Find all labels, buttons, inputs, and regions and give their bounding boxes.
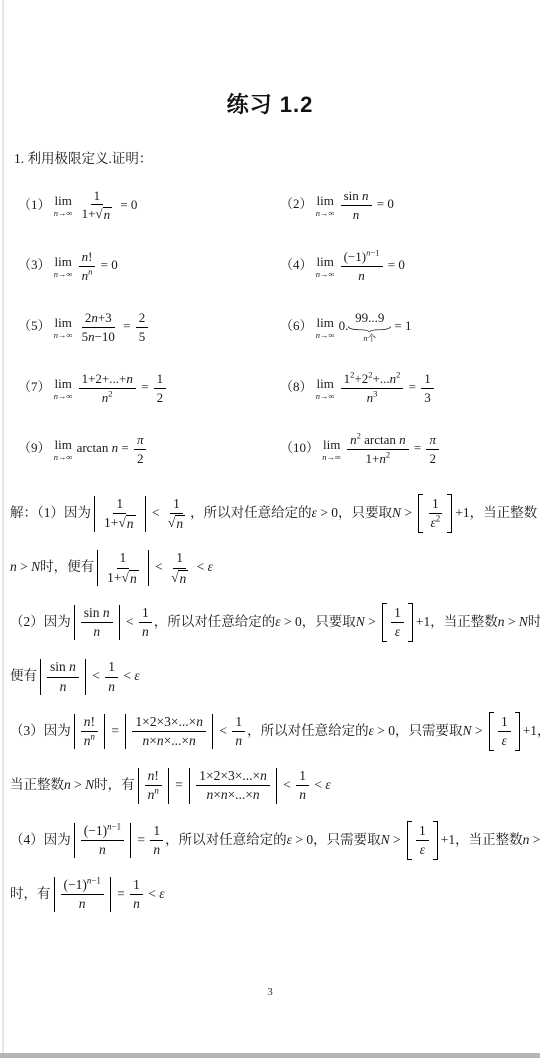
document-page: 练习 1.2 1. 利用极限定义.证明： （1） limn→∞11+√n = 0… xyxy=(0,0,540,1058)
section-heading: 1. 利用极限定义.证明： xyxy=(14,147,540,167)
problem-6-formula: （6） limn→∞0.99...9n个 = 1 xyxy=(280,311,540,343)
problem-row: （3） limn→∞n!nn = 0 （4） limn→∞(−1)n−1n = … xyxy=(18,236,540,297)
problem-1-formula: （1） limn→∞11+√n = 0 xyxy=(18,188,280,224)
problem-7-formula: （7） limn→∞1+2+...+nn2 = 12 xyxy=(18,371,280,405)
problem-row: （9） limn→∞arctan n = π2 （10） limn→∞n2 ar… xyxy=(18,419,540,480)
problem-10-formula: （10） limn→∞n2 arctan n1+n2 = π2 xyxy=(280,432,540,466)
solution-2-line-2: 便有sin nn < 1n < ε xyxy=(10,659,528,694)
problem-row: （7） limn→∞1+2+...+nn2 = 12 （8） limn→∞12+… xyxy=(18,358,540,419)
solution-2: （2）因为sin nn < 1n，所以对任意给定的ε > 0，只要取N > 1ε… xyxy=(10,603,528,695)
problem-2-formula: （2） limn→∞sin nn = 0 xyxy=(280,188,540,222)
page-title: 练习 1.2 xyxy=(0,88,540,119)
solution-4: （4）因为(−1)n−1n = 1n，所以对任意给定的ε > 0，只需要取N >… xyxy=(10,821,528,913)
solution-4-line-1: （4）因为(−1)n−1n = 1n，所以对任意给定的ε > 0，只需要取N >… xyxy=(10,821,528,860)
solution-1: 解：（1）因为11+√n < 1√n，所以对任意给定的ε > 0，只要取N > … xyxy=(10,494,528,586)
scan-edge-line xyxy=(2,0,4,1053)
scan-bottom-bar xyxy=(0,1053,540,1058)
problem-row: （1） limn→∞11+√n = 0 （2） limn→∞sin nn = 0 xyxy=(18,175,540,236)
problem-9-formula: （9） limn→∞arctan n = π2 xyxy=(18,432,280,466)
solution-3-line-2: 当正整数n > N时，有n!nn = 1×2×3×...×nn×n×...×n … xyxy=(10,768,528,803)
problem-row: （5） limn→∞2n+35n−10 = 25 （6） limn→∞0.99.… xyxy=(18,297,540,358)
solutions-section: 解：（1）因为11+√n < 1√n，所以对任意给定的ε > 0，只要取N > … xyxy=(10,494,528,912)
solution-1-line-2: n > N时，便有11+√n < 1√n < ε xyxy=(10,550,528,586)
problem-8-formula: （8） limn→∞12+22+...n2n3 = 13 xyxy=(280,371,540,405)
solution-2-line-1: （2）因为sin nn < 1n，所以对任意给定的ε > 0，只要取N > 1ε… xyxy=(10,603,528,642)
solution-1-line-1: 解：（1）因为11+√n < 1√n，所以对任意给定的ε > 0，只要取N > … xyxy=(10,494,528,533)
solution-4-line-2: 时，有(−1)n−1n = 1n < ε xyxy=(10,877,528,912)
problem-4-formula: （4） limn→∞(−1)n−1n = 0 xyxy=(280,249,540,283)
problem-list: （1） limn→∞11+√n = 0 （2） limn→∞sin nn = 0… xyxy=(18,175,540,480)
solution-3-line-1: （3）因为n!nn = 1×2×3×...×nn×n×...×n < 1n，所以… xyxy=(10,712,528,751)
problem-3-formula: （3） limn→∞n!nn = 0 xyxy=(18,249,280,283)
page-number: 3 xyxy=(0,986,540,998)
problem-5-formula: （5） limn→∞2n+35n−10 = 25 xyxy=(18,310,280,344)
solution-3: （3）因为n!nn = 1×2×3×...×nn×n×...×n < 1n，所以… xyxy=(10,712,528,804)
